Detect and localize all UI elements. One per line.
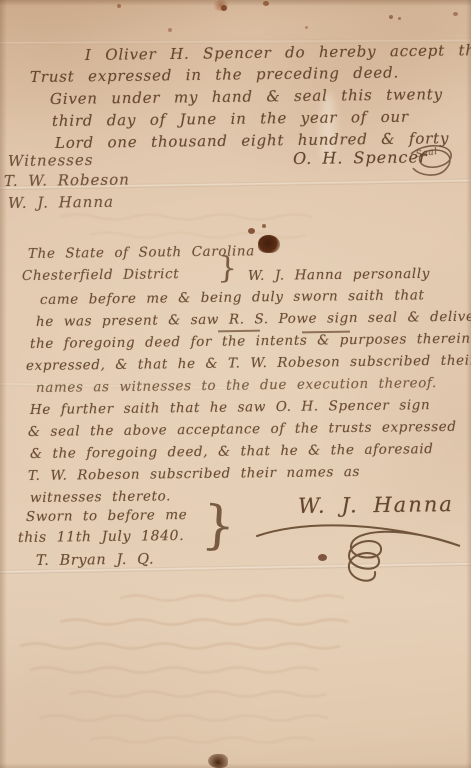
foxing-spot <box>389 15 393 19</box>
ink-underline <box>218 330 260 332</box>
acceptance-line: Given under my hand & seal this twenty <box>50 85 443 108</box>
signature-flourish <box>255 512 465 590</box>
officer-signature: T. Bryan J. Q. <box>36 552 154 569</box>
jurat-date: this 11th July 1840. <box>18 528 184 546</box>
foxing-spot <box>248 228 255 234</box>
probate-line: the foregoing deed for the intents & pur… <box>30 331 471 352</box>
foxing-spot <box>453 12 458 16</box>
jurat-brace: } <box>200 499 237 553</box>
document-scan: I Oliver H. Spencer do hereby accept the… <box>0 0 471 768</box>
paper-edge <box>466 0 471 768</box>
bottom-stain <box>208 754 228 768</box>
probate-line: & the foregoing deed, & that he & the af… <box>30 441 434 462</box>
bleed-through-ink <box>0 580 471 760</box>
district-line: Chesterfield District <box>22 266 179 284</box>
probate-line: he was present & saw R. S. Powe sign sea… <box>36 309 471 330</box>
foxing-spot <box>305 26 308 29</box>
probate-line: expressed, & that he & T. W. Robeson sub… <box>26 352 471 374</box>
ink-blot-stain <box>258 235 280 253</box>
foxing-spot <box>262 224 266 228</box>
spencer-signature: O. H. Spencer <box>293 147 428 168</box>
paper-edge <box>0 0 471 6</box>
foxing-spot <box>318 554 327 561</box>
foxing-spot <box>168 28 172 32</box>
acceptance-line: third day of June in the year of our <box>52 108 409 130</box>
seal-label: Seal <box>415 147 438 160</box>
foxing-spot <box>263 1 269 6</box>
probate-line: came before me & being duly sworn saith … <box>40 287 425 308</box>
probate-line: He further saith that he saw O. H. Spenc… <box>30 397 430 418</box>
witness-heading: Witnesses <box>8 151 94 170</box>
probate-line: names as witnesses to the due execution … <box>36 375 437 396</box>
acceptance-line: Trust expressed in the preceding deed. <box>30 63 399 86</box>
foxing-spot <box>221 5 227 11</box>
hanna-signature: W. J. Hanna <box>298 492 454 518</box>
witness-signature: T. W. Robeson <box>4 170 130 190</box>
probate-line: witnesses thereto. <box>30 488 171 506</box>
acceptance-line: I Oliver H. Spencer do hereby accept the <box>85 41 471 64</box>
deponent-intro: W. J. Hanna personally <box>248 266 430 284</box>
paper-edge <box>0 0 7 768</box>
foxing-spot <box>398 17 401 20</box>
paper-edge <box>0 763 471 768</box>
probate-line: & seal the above acceptance of the trust… <box>28 419 457 440</box>
foxing-spot <box>212 0 230 11</box>
state-line: The State of South Carolina <box>28 243 255 262</box>
jurat-line: Sworn to before me <box>26 507 187 525</box>
witness-signature: W. J. Hanna <box>8 193 114 212</box>
probate-line: T. W. Robeson subscribed their names as <box>28 464 360 484</box>
foxing-spot <box>117 4 121 8</box>
